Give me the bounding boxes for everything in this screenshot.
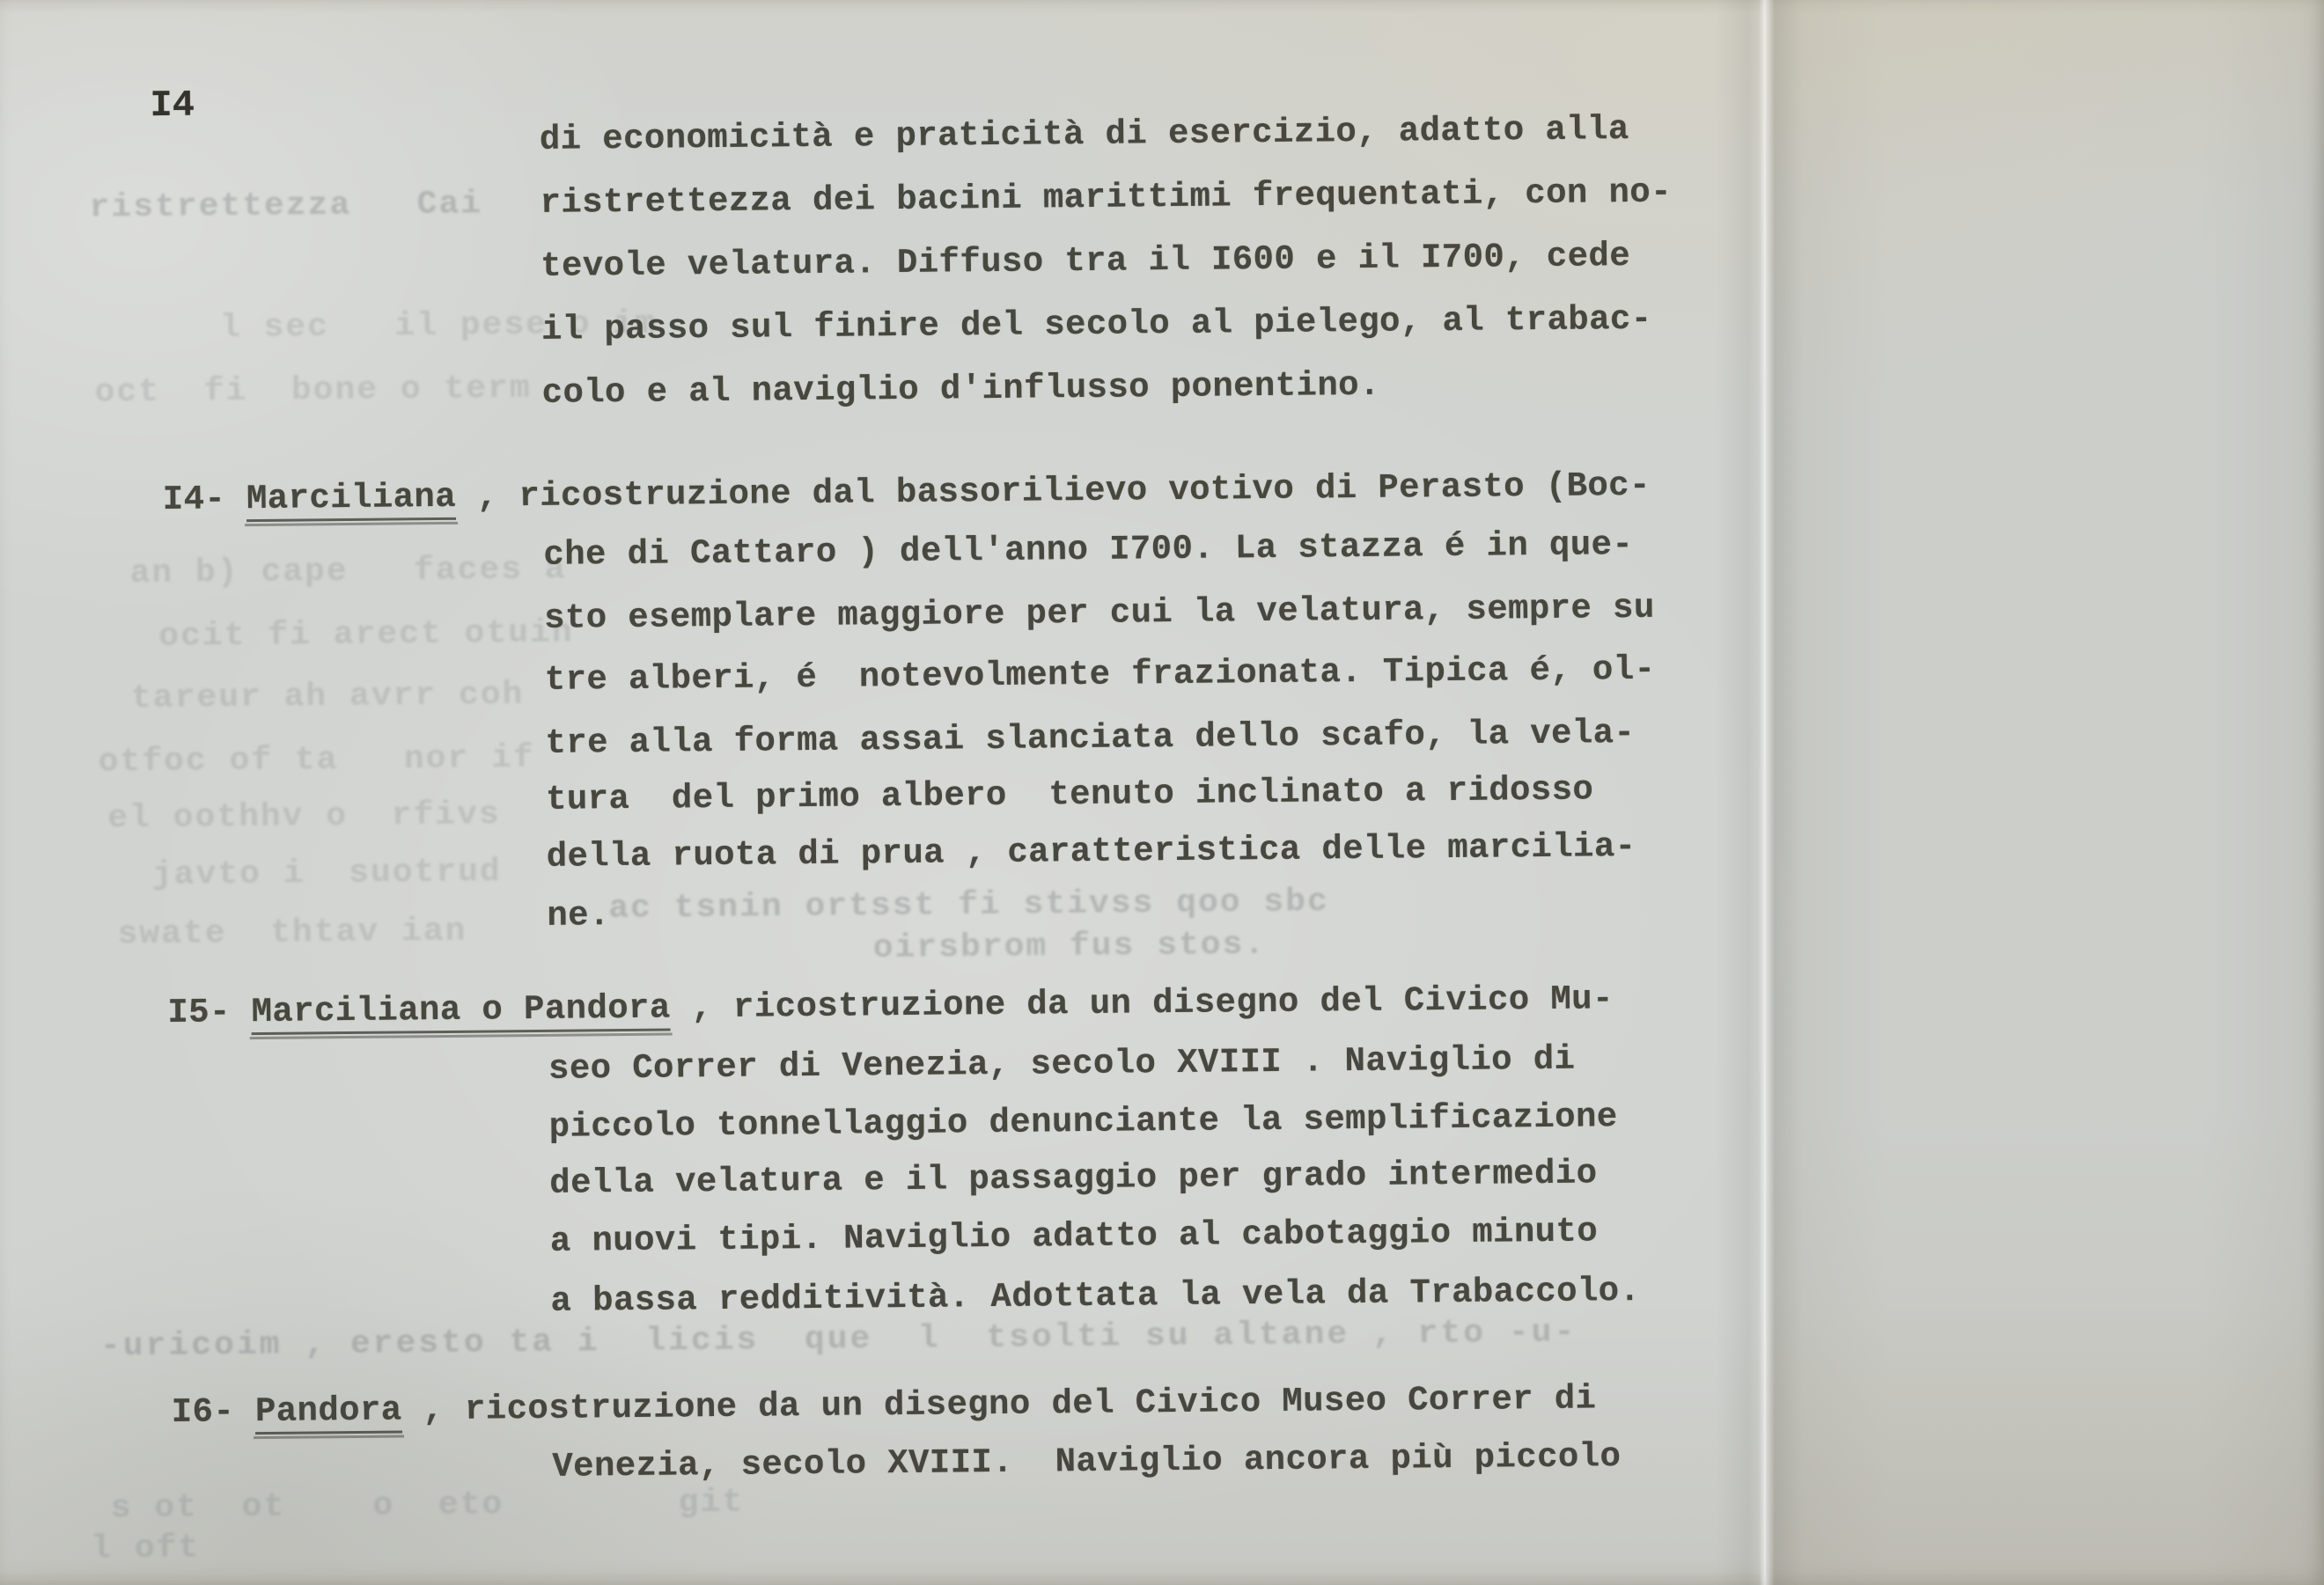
entry-heading-i6: I6- Pandora , ricostruzione da un disegn…: [172, 1378, 1597, 1435]
entry-heading-text: , ricostruzione da un disegno del Civico…: [670, 980, 1614, 1027]
entry-title-underlined: Marciliana: [246, 477, 457, 522]
document-page: ristrettezza Cai l sec il pese o im oct …: [0, 0, 2324, 1585]
typewritten-line: ne.: [547, 895, 610, 936]
typewritten-line: il passo sul finire del secolo al pieleg…: [541, 299, 1652, 350]
page-number: I4: [150, 84, 195, 127]
typewritten-line: sto esemplare maggiore per cui la velatu…: [544, 588, 1655, 639]
typewritten-line: a nuovi tipi. Naviglio adatto al cabotag…: [550, 1211, 1599, 1261]
typewritten-line: di economicità e praticità di esercizio,…: [540, 109, 1629, 160]
entry-heading-text: , ricostruzione dal bassorilievo votivo …: [456, 466, 1651, 517]
typewritten-line: della velatura e il passaggio per grado …: [549, 1153, 1598, 1203]
typewritten-line: che di Cattaro ) dell'anno I700. La staz…: [543, 525, 1633, 576]
entry-title-underlined: Marciliana o Pandora: [251, 988, 671, 1036]
typewritten-line: Venezia, secolo XVIII. Naviglio ancora p…: [552, 1436, 1621, 1487]
typewritten-line: ristrettezza dei bacini marittimi freque…: [540, 172, 1672, 224]
typewritten-line: tre alla forma assai slanciata dello sca…: [545, 713, 1635, 764]
typewritten-line: seo Correr di Venezia, secolo XVIII . Na…: [548, 1039, 1576, 1090]
typewritten-line: della ruota di prua , caratteristica del…: [547, 826, 1636, 877]
entry-title-underlined: Pandora: [255, 1390, 402, 1435]
typewritten-line: tevole velatura. Diffuso tra il I600 e i…: [541, 236, 1630, 287]
typewritten-line: tre alberi, é notevolmente frazionata. T…: [545, 649, 1656, 701]
typewritten-text-layer: I4 di economicità e praticità di eserciz…: [0, 0, 2324, 1585]
entry-marker: I4-: [163, 480, 247, 519]
entry-marker: I5-: [167, 993, 252, 1032]
typewritten-line: colo e al naviglio d'influsso ponentino.: [541, 365, 1380, 414]
entry-marker: I6-: [172, 1392, 256, 1432]
typewritten-line: piccolo tonnellaggio denunciante la semp…: [548, 1097, 1617, 1148]
typewritten-line: tura del primo albero tenuto inclinato a…: [546, 769, 1594, 819]
typewritten-line: a bassa redditività. Adottata la vela da…: [550, 1271, 1640, 1322]
entry-heading-text: , ricostruzione da un disegno del Civico…: [401, 1379, 1596, 1429]
entry-heading-i4: I4- Marciliana , ricostruzione dal basso…: [163, 466, 1651, 523]
entry-heading-i5: I5- Marciliana o Pandora , ricostruzione…: [167, 979, 1614, 1036]
